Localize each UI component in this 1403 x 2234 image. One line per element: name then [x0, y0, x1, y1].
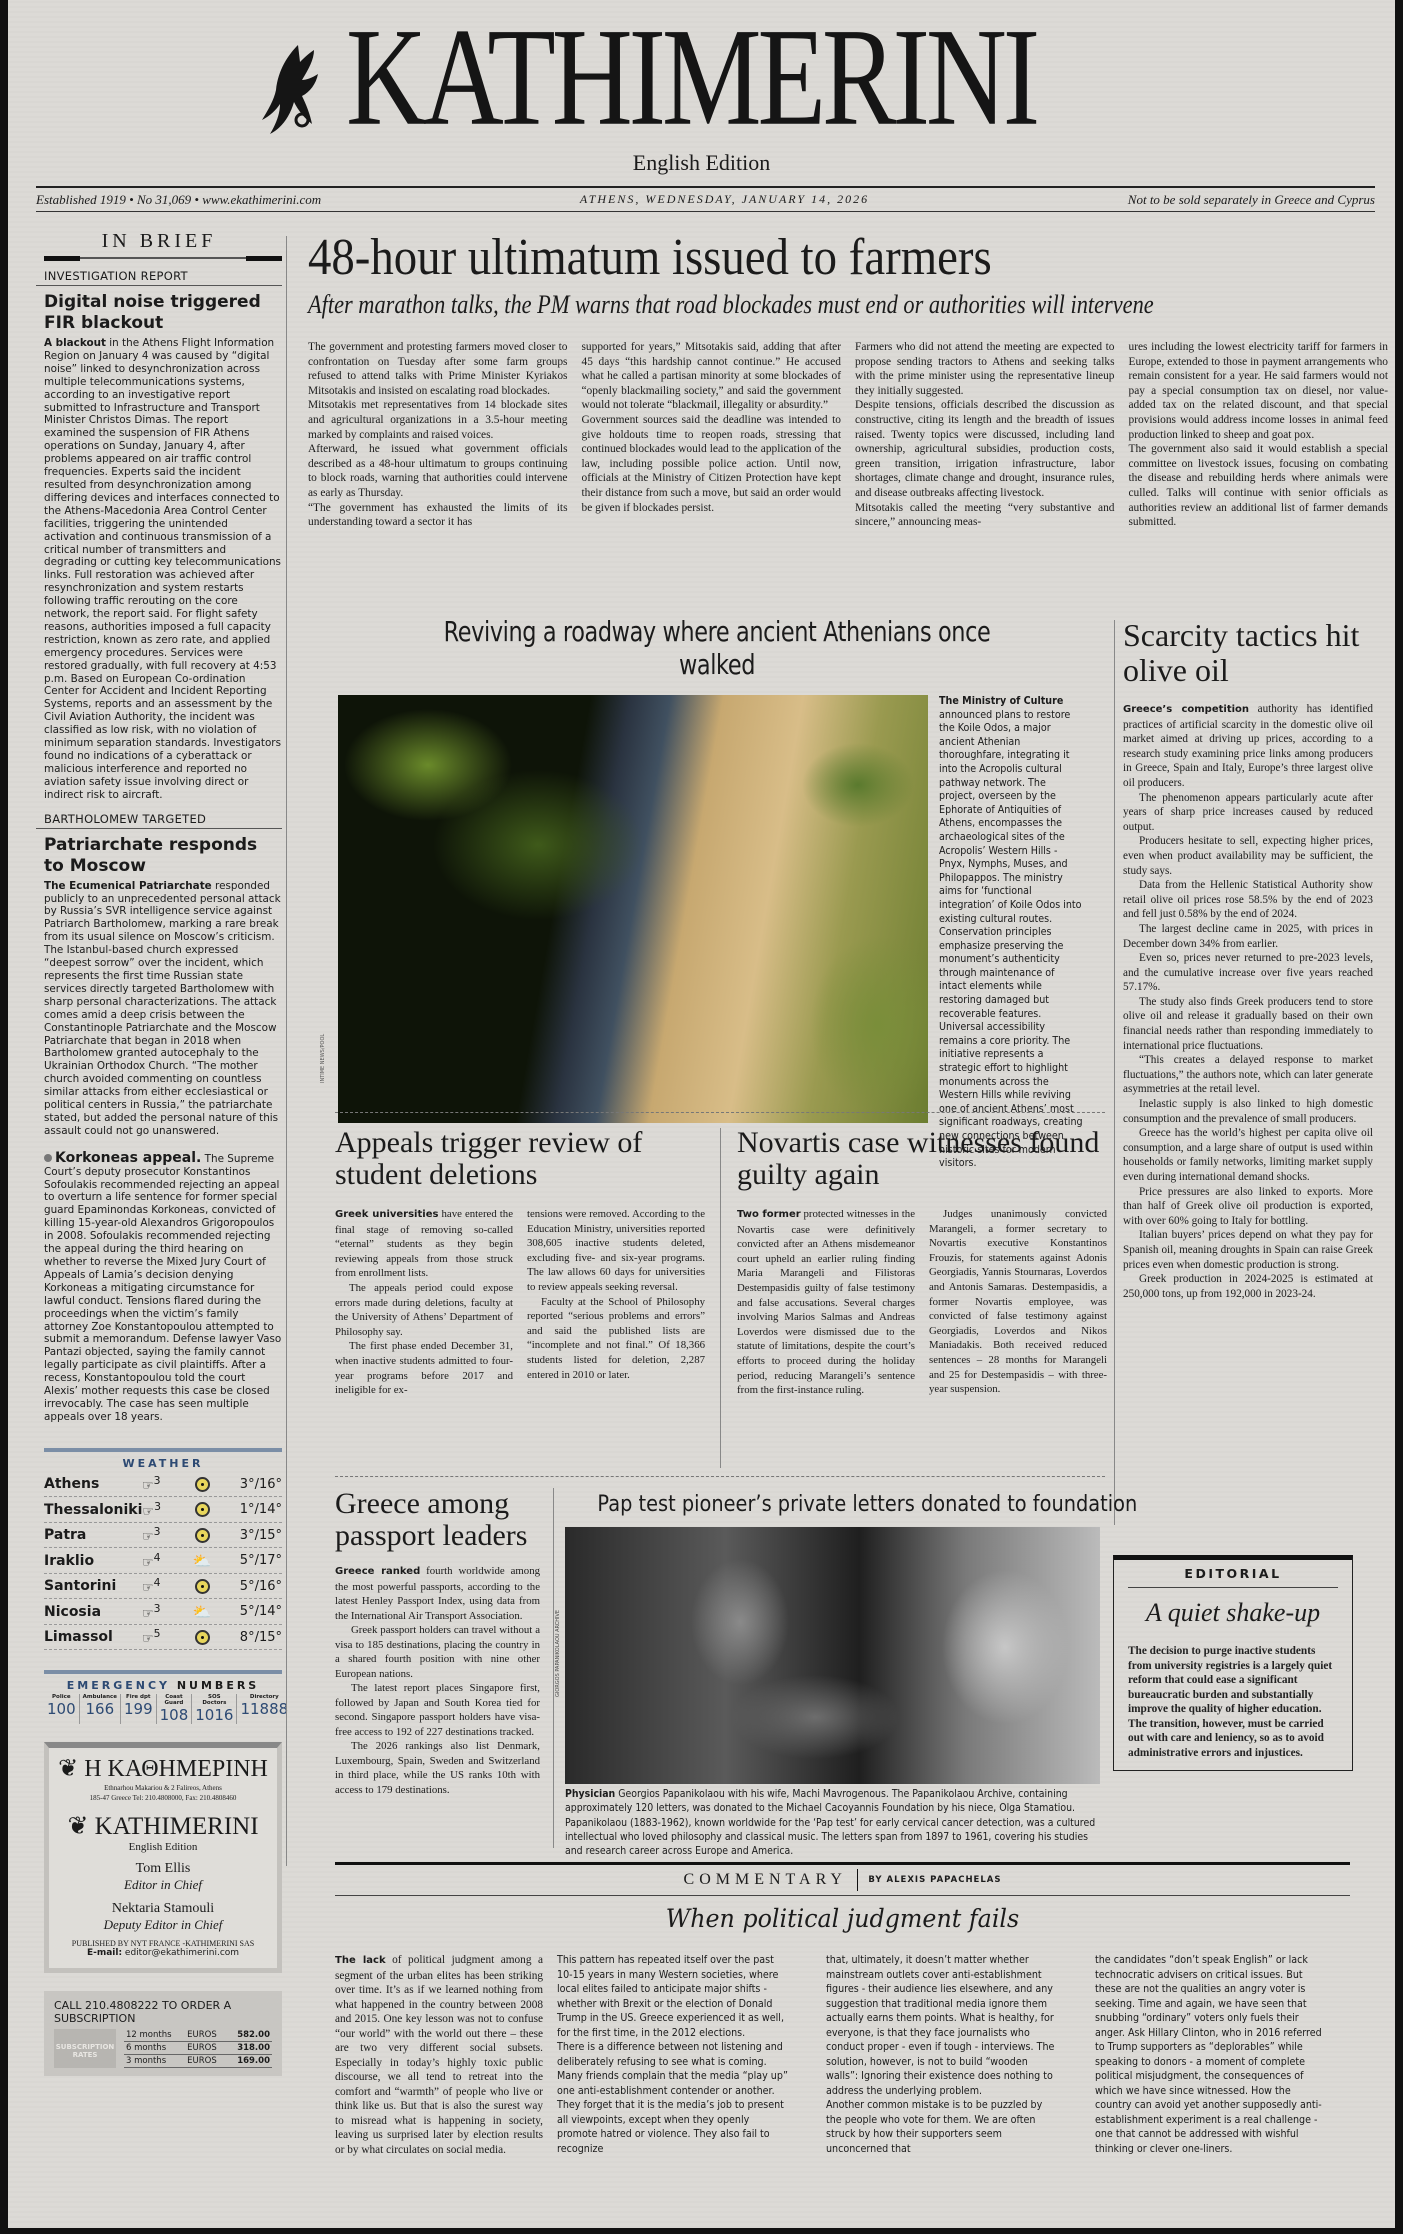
brief-headline: Patriarchate responds to Moscow [36, 829, 282, 880]
olive-paragraph: The study also finds Greek producers ten… [1123, 995, 1373, 1053]
imprint-email: E-mail: editor@ekathimerini.com [57, 1948, 269, 1958]
editorial-box: EDITORIAL A quiet shake-up The decision … [1113, 1555, 1353, 1771]
weather-city: Thessaloniki [44, 1502, 142, 1518]
brief-kicker: BARTHOLOMEW TARGETED [36, 802, 282, 829]
email-label: E-mail: [87, 1948, 122, 1958]
deputy-name: Nektaria Stamouli [57, 1901, 269, 1917]
emergency-item: Coast Guard108 [157, 1694, 193, 1724]
wind-force: 4 [154, 1576, 161, 1589]
rate-period: 3 months [124, 2055, 185, 2068]
lead-subhead: After marathon talks, the PM warns that … [308, 290, 1237, 320]
olive-paragraph: Greece’s competition authority has ident… [1123, 702, 1373, 791]
lead-columns: The government and protesting farmers mo… [308, 340, 1388, 530]
publisher: PUBLISHED BY NYT FRANCE -KATHIMERINI SAS [57, 1939, 269, 1948]
novartis-story: Novartis case witnesses found guilty aga… [737, 1127, 1107, 1398]
emergency-item: Ambulance166 [80, 1694, 121, 1724]
novartis-col-2: Judges unanimously convicted Marangeli, … [929, 1207, 1107, 1398]
novartis-col-1: Two former protected witnesses in the No… [737, 1207, 915, 1398]
roadway-story: Reviving a roadway where ancient Athenia… [338, 615, 1096, 1171]
emergency-item: Police100 [44, 1694, 80, 1724]
weather-city: Athens [44, 1476, 142, 1492]
rate-period: 12 months [124, 2029, 185, 2042]
commentary-label: COMMENTARY [684, 1871, 847, 1889]
weather-temp: 5°/14° [222, 1604, 282, 1619]
greek-title-text: Η ΚΑΘΗΜΕΡΙΝΗ [84, 1756, 268, 1782]
roadway-lead: The Ministry of Culture [939, 695, 1063, 707]
griffin-icon: ❦ [67, 1813, 88, 1840]
rate-currency: EUROS [185, 2042, 226, 2055]
caption-lead: Physician [565, 1789, 615, 1800]
masthead: KATHIMERINI English Edition Established … [8, 0, 1395, 200]
pap-test-story: Pap test pioneer’s private letters donat… [565, 1492, 1105, 1859]
sun-icon [195, 1477, 210, 1492]
divider [335, 1476, 1105, 1477]
appeals-paragraph: The appeals period could expose errors m… [335, 1281, 513, 1339]
olive-paragraph: Inelastic supply is also linked to high … [1123, 1097, 1373, 1126]
lead-headline: 48-hour ultimatum issued to farmers [308, 232, 1280, 284]
passport-body: Greece ranked fourth worldwide among the… [335, 1564, 540, 1797]
divider [857, 1869, 859, 1891]
roadway-body: The Ministry of Culture announced plans … [928, 695, 1083, 1171]
olive-paragraph: Price pressures are also linked to expor… [1123, 1185, 1373, 1229]
appeals-paragraph: Faculty at the School of Philosophy repo… [527, 1295, 705, 1383]
rate-price: 318.00 [227, 2042, 272, 2055]
commentary-col-3: that, ultimately, it doesn’t matter whet… [826, 1953, 1061, 2157]
brief-patriarchate: BARTHOLOMEW TARGETED Patriarchate respon… [36, 802, 282, 1138]
weather-temp: 5°/16° [222, 1579, 282, 1594]
weather-row: Nicosia☞3⛅5°/14° [44, 1599, 282, 1625]
photo-credit: INTIME NEWS/POOL [320, 1034, 326, 1083]
olive-paragraph: Greek production in 2024-2025 is estimat… [1123, 1272, 1373, 1301]
photo-credit: GIORGOS PAPANIKOLAOU ARCHIVE [555, 1610, 561, 1697]
wind-icon: ☞5 [142, 1627, 182, 1646]
olive-text: authority has identified practices of ar… [1123, 703, 1373, 789]
wind-icon: ☞3 [142, 1525, 182, 1544]
appeals-paragraph: Greek universities have entered the fina… [335, 1207, 513, 1281]
imprint-address: Ethnarhou Makariou & 2 Falireos, Athens [57, 1783, 269, 1793]
olive-paragraph: The largest decline came in 2025, with p… [1123, 922, 1373, 951]
brief-lead: A blackout [44, 337, 106, 349]
weather-temp: 3°/15° [222, 1528, 282, 1543]
weather-city: Santorini [44, 1578, 142, 1594]
passport-paragraph: The latest report places Singapore first… [335, 1681, 540, 1739]
byline: BY ALEXIS PAPACHELAS [868, 1875, 1001, 1885]
roadway-text: announced plans to restore the Koile Odo… [939, 709, 1083, 1170]
imprint-contact: 185-47 Greece Tel: 210.4808000, Fax: 210… [57, 1793, 269, 1803]
pap-headline: Pap test pioneer’s private letters donat… [597, 1492, 1072, 1517]
rate-currency: EUROS [185, 2055, 226, 2068]
weather-title: WEATHER [44, 1452, 282, 1472]
novartis-lead: Two former [737, 1209, 801, 1220]
weather-temp: 3°/16° [222, 1477, 282, 1492]
column-divider [286, 236, 287, 1866]
appeals-col-2: tensions were removed. According to the … [527, 1207, 705, 1398]
emergency-item: Directory11888 [237, 1694, 291, 1724]
weather-row: Iraklio☞4⛅5°/17° [44, 1548, 282, 1574]
passport-story: Greece among passport leaders Greece ran… [335, 1488, 540, 1797]
sale-notice: Not to be sold separately in Greece and … [1128, 192, 1375, 208]
bullet-icon [44, 1154, 52, 1162]
olive-paragraph: Greece has the world’s highest per capit… [1123, 1126, 1373, 1184]
weather-city: Nicosia [44, 1604, 142, 1620]
rates-table: 12 monthsEUROS582.006 monthsEUROS318.003… [124, 2029, 272, 2068]
caption-text: Georgios Papanikolaou with his wife, Mac… [565, 1789, 1095, 1857]
pap-caption: Physician Georgios Papanikolaou with his… [565, 1788, 1103, 1859]
commentary-col-1: The lack of political judgment among a s… [335, 1953, 543, 2157]
appeals-story: Appeals trigger review of student deleti… [335, 1127, 705, 1398]
griffin-icon: ❦ [58, 1756, 78, 1782]
deputy-role: Deputy Editor in Chief [57, 1917, 269, 1933]
wind-force: 3 [154, 1474, 161, 1487]
editorial-p1: The decision to purge inactive students … [1128, 1644, 1338, 1717]
imprint-edition: English Edition [57, 1841, 269, 1853]
novartis-headline: Novartis case witnesses found guilty aga… [737, 1127, 1107, 1191]
logo: KATHIMERINI [258, 40, 1036, 140]
emergency-label: SOS Doctors [195, 1694, 233, 1706]
wind-force: 3 [154, 1602, 161, 1615]
edition-label: English Edition [8, 150, 1395, 176]
brief-lead: The Ecumenical Patriarchate [44, 880, 212, 892]
brief-korkoneas: Korkoneas appeal. The Supreme Court’s de… [36, 1152, 282, 1424]
newspaper-page: KATHIMERINI English Edition Established … [8, 0, 1395, 2228]
emergency-number: 1016 [195, 1706, 233, 1724]
rate-row: 6 monthsEUROS318.00 [124, 2042, 272, 2055]
editorial-headline: A quiet shake-up [1128, 1598, 1338, 1628]
issue-date: ATHENS, WEDNESDAY, JANUARY 14, 2026 [580, 192, 869, 207]
wind-force: 5 [154, 1627, 161, 1640]
commentary: COMMENTARY BY ALEXIS PAPACHELAS When pol… [335, 1862, 1350, 2157]
sun-icon [195, 1528, 210, 1543]
weather-temp: 8°/15° [222, 1630, 282, 1645]
olive-paragraph: Italian buyers’ prices depend on what th… [1123, 1228, 1373, 1272]
wind-icon: ☞4 [142, 1576, 182, 1595]
emergency-number: 108 [160, 1706, 189, 1724]
rate-price: 169.00 [227, 2055, 272, 2068]
partly-cloudy-icon: ⛅ [193, 1552, 212, 1570]
sun-icon [195, 1579, 210, 1594]
olive-paragraph: Producers hesitate to sell, expecting hi… [1123, 834, 1373, 878]
brief-text: responded publicly to an unprecedented p… [44, 880, 281, 1137]
in-brief-title: IN BRIEF [36, 230, 282, 253]
dateline: Established 1919 • No 31,069 • www.ekath… [36, 186, 1375, 212]
weather-city: Limassol [44, 1629, 142, 1645]
rate-currency: EUROS [185, 2029, 226, 2042]
divider [335, 1112, 1105, 1113]
emergency-title-a: EMERGENCY [67, 1679, 170, 1692]
subscription-box: CALL 210.4808222 TO ORDER A SUBSCRIPTION… [44, 1991, 282, 2076]
pap-photo: GIORGOS PAPANIKOLAOU ARCHIVE [565, 1527, 1100, 1784]
column-divider [553, 1488, 554, 1848]
brief-headline: Digital noise triggered FIR blackout [36, 286, 282, 337]
weather-row: Santorini☞45°/16° [44, 1574, 282, 1600]
editorial-p2: The transition, however, must be carried… [1128, 1717, 1338, 1761]
novartis-text: protected witnesses in the Novartis case… [737, 1208, 915, 1396]
lead-column: ures including the lowest electricity ta… [1129, 340, 1389, 530]
editorial-label: EDITORIAL [1128, 1566, 1338, 1588]
lead-column: Farmers who did not attend the meeting a… [855, 340, 1115, 530]
partly-cloudy-icon: ⛅ [193, 1603, 212, 1621]
commentary-col-4: the candidates “don’t speak English” or … [1095, 1953, 1330, 2157]
emergency-numbers: EMERGENCY NUMBERS Police100Ambulance166F… [44, 1670, 282, 1724]
rates-label: SUBSCRIPTION RATES [54, 2029, 116, 2068]
olive-paragraph: “This creates a delayed response to mark… [1123, 1053, 1373, 1097]
weather-row: Patra☞33°/15° [44, 1523, 282, 1549]
weather-row: Thessaloniki☞31°/14° [44, 1497, 282, 1523]
wind-force: 3 [154, 1500, 161, 1513]
emergency-item: Fire dpt199 [121, 1694, 157, 1724]
brief-body: The Ecumenical Patriarchate responded pu… [36, 880, 282, 1138]
lead-column: The government and protesting farmers mo… [308, 340, 568, 530]
passport-paragraph: Greece ranked fourth worldwide among the… [335, 1564, 540, 1623]
roadway-headline: Reviving a roadway where ancient Athenia… [414, 615, 1020, 681]
emergency-number: 199 [124, 1700, 153, 1718]
emergency-item: SOS Doctors1016 [192, 1694, 237, 1724]
rate-row: 12 monthsEUROS582.00 [124, 2029, 272, 2042]
olive-paragraph: Data from the Hellenic Statistical Autho… [1123, 878, 1373, 922]
masthead-title: KATHIMERINI [346, 15, 1036, 140]
emergency-number: 100 [47, 1700, 76, 1718]
brief-lead: Korkoneas appeal. [55, 1150, 201, 1166]
imprint-title: ❦ KATHIMERINI [57, 1811, 269, 1841]
emergency-number: 166 [83, 1700, 117, 1718]
lead-column: supported for years,” Mitsotakis said, a… [582, 340, 842, 530]
weather-temp: 5°/17° [222, 1553, 282, 1568]
imprint-title-text: KATHIMERINI [95, 1813, 259, 1840]
lead-story: 48-hour ultimatum issued to farmers Afte… [308, 232, 1388, 530]
weather-row: Athens☞33°/16° [44, 1472, 282, 1498]
commentary-text: of political judgment among a segment of… [335, 1954, 543, 2156]
commentary-col-2: This pattern has repeated itself over th… [557, 1953, 792, 2157]
brief-text: The Supreme Court’s deputy prosecutor Ko… [44, 1153, 281, 1423]
in-brief-column: IN BRIEF INVESTIGATION REPORT Digital no… [36, 230, 282, 2076]
olive-body: Greece’s competition authority has ident… [1123, 702, 1373, 1301]
email-link[interactable]: editor@ekathimerini.com [125, 1948, 239, 1958]
brief-fir-blackout: INVESTIGATION REPORT Digital noise trigg… [36, 259, 282, 802]
brief-body: A blackout in the Athens Flight Informat… [36, 337, 282, 802]
novartis-text: Judges unanimously convicted Marangeli, … [929, 1207, 1107, 1397]
subscription-call: CALL 210.4808222 TO ORDER A SUBSCRIPTION [54, 1999, 272, 2025]
sun-icon [195, 1502, 210, 1517]
column-divider [1114, 620, 1115, 1525]
olive-paragraph: Even so, prices never returned to pre-20… [1123, 951, 1373, 995]
olive-paragraph: The phenomenon appears particularly acut… [1123, 791, 1373, 835]
wind-icon: ☞3 [142, 1500, 182, 1519]
commentary-lead: The lack [335, 1955, 386, 1966]
wind-icon: ☞3 [142, 1474, 182, 1493]
wind-force: 4 [154, 1551, 161, 1564]
appeals-paragraph: tensions were removed. According to the … [527, 1207, 705, 1295]
passport-paragraph: Greek passport holders can travel withou… [335, 1623, 540, 1681]
weather-city: Iraklio [44, 1553, 142, 1569]
appeals-paragraph: The first phase ended December 31, when … [335, 1339, 513, 1397]
griffin-icon [258, 40, 328, 140]
passport-headline: Greece among passport leaders [335, 1488, 540, 1552]
olive-lead: Greece’s competition [1123, 704, 1249, 715]
imprint-box: ❦ Η ΚΑΘΗΜΕΡΙΝΗ Ethnarhou Makariou & 2 Fa… [44, 1742, 282, 1973]
commentary-headline: When political judgment fails [360, 1904, 1324, 1933]
column-divider [720, 1128, 721, 1468]
weather-city: Patra [44, 1527, 142, 1543]
passport-lead: Greece ranked [335, 1566, 420, 1577]
olive-headline: Scarcity tactics hit olive oil [1123, 618, 1373, 688]
appeals-headline: Appeals trigger review of student deleti… [335, 1127, 705, 1191]
editor-role: Editor in Chief [57, 1877, 269, 1893]
weather-box: WEATHER Athens☞33°/16°Thessaloniki☞31°/1… [44, 1448, 282, 1651]
emergency-label: Coast Guard [160, 1694, 189, 1706]
greek-title: ❦ Η ΚΑΘΗΜΕΡΙΝΗ [57, 1754, 269, 1783]
weather-row: Limassol☞58°/15° [44, 1625, 282, 1651]
emergency-title: EMERGENCY NUMBERS [44, 1674, 282, 1694]
rate-price: 582.00 [227, 2029, 272, 2042]
appeals-col-1: Greek universities have entered the fina… [335, 1207, 513, 1398]
editor-name: Tom Ellis [57, 1861, 269, 1877]
rate-row: 3 monthsEUROS169.00 [124, 2055, 272, 2068]
wind-force: 3 [154, 1525, 161, 1538]
commentary-bar: COMMENTARY BY ALEXIS PAPACHELAS [335, 1862, 1350, 1896]
olive-oil-story: Scarcity tactics hit olive oil Greece’s … [1123, 618, 1373, 1301]
brief-text: in the Athens Flight Information Region … [44, 337, 281, 801]
sun-icon [195, 1630, 210, 1645]
wind-icon: ☞4 [142, 1551, 182, 1570]
weather-temp: 1°/14° [222, 1502, 282, 1517]
established-info: Established 1919 • No 31,069 • www.ekath… [36, 192, 321, 208]
rate-period: 6 months [124, 2042, 185, 2055]
appeals-lead: Greek universities [335, 1209, 438, 1220]
emergency-title-b: NUMBERS [177, 1679, 259, 1692]
wind-icon: ☞3 [142, 1602, 182, 1621]
roadway-photo: INTIME NEWS/POOL [338, 695, 928, 1123]
emergency-number: 11888 [240, 1700, 288, 1718]
passport-paragraph: The 2026 rankings also list Denmark, Lux… [335, 1739, 540, 1797]
brief-kicker: INVESTIGATION REPORT [36, 259, 282, 286]
